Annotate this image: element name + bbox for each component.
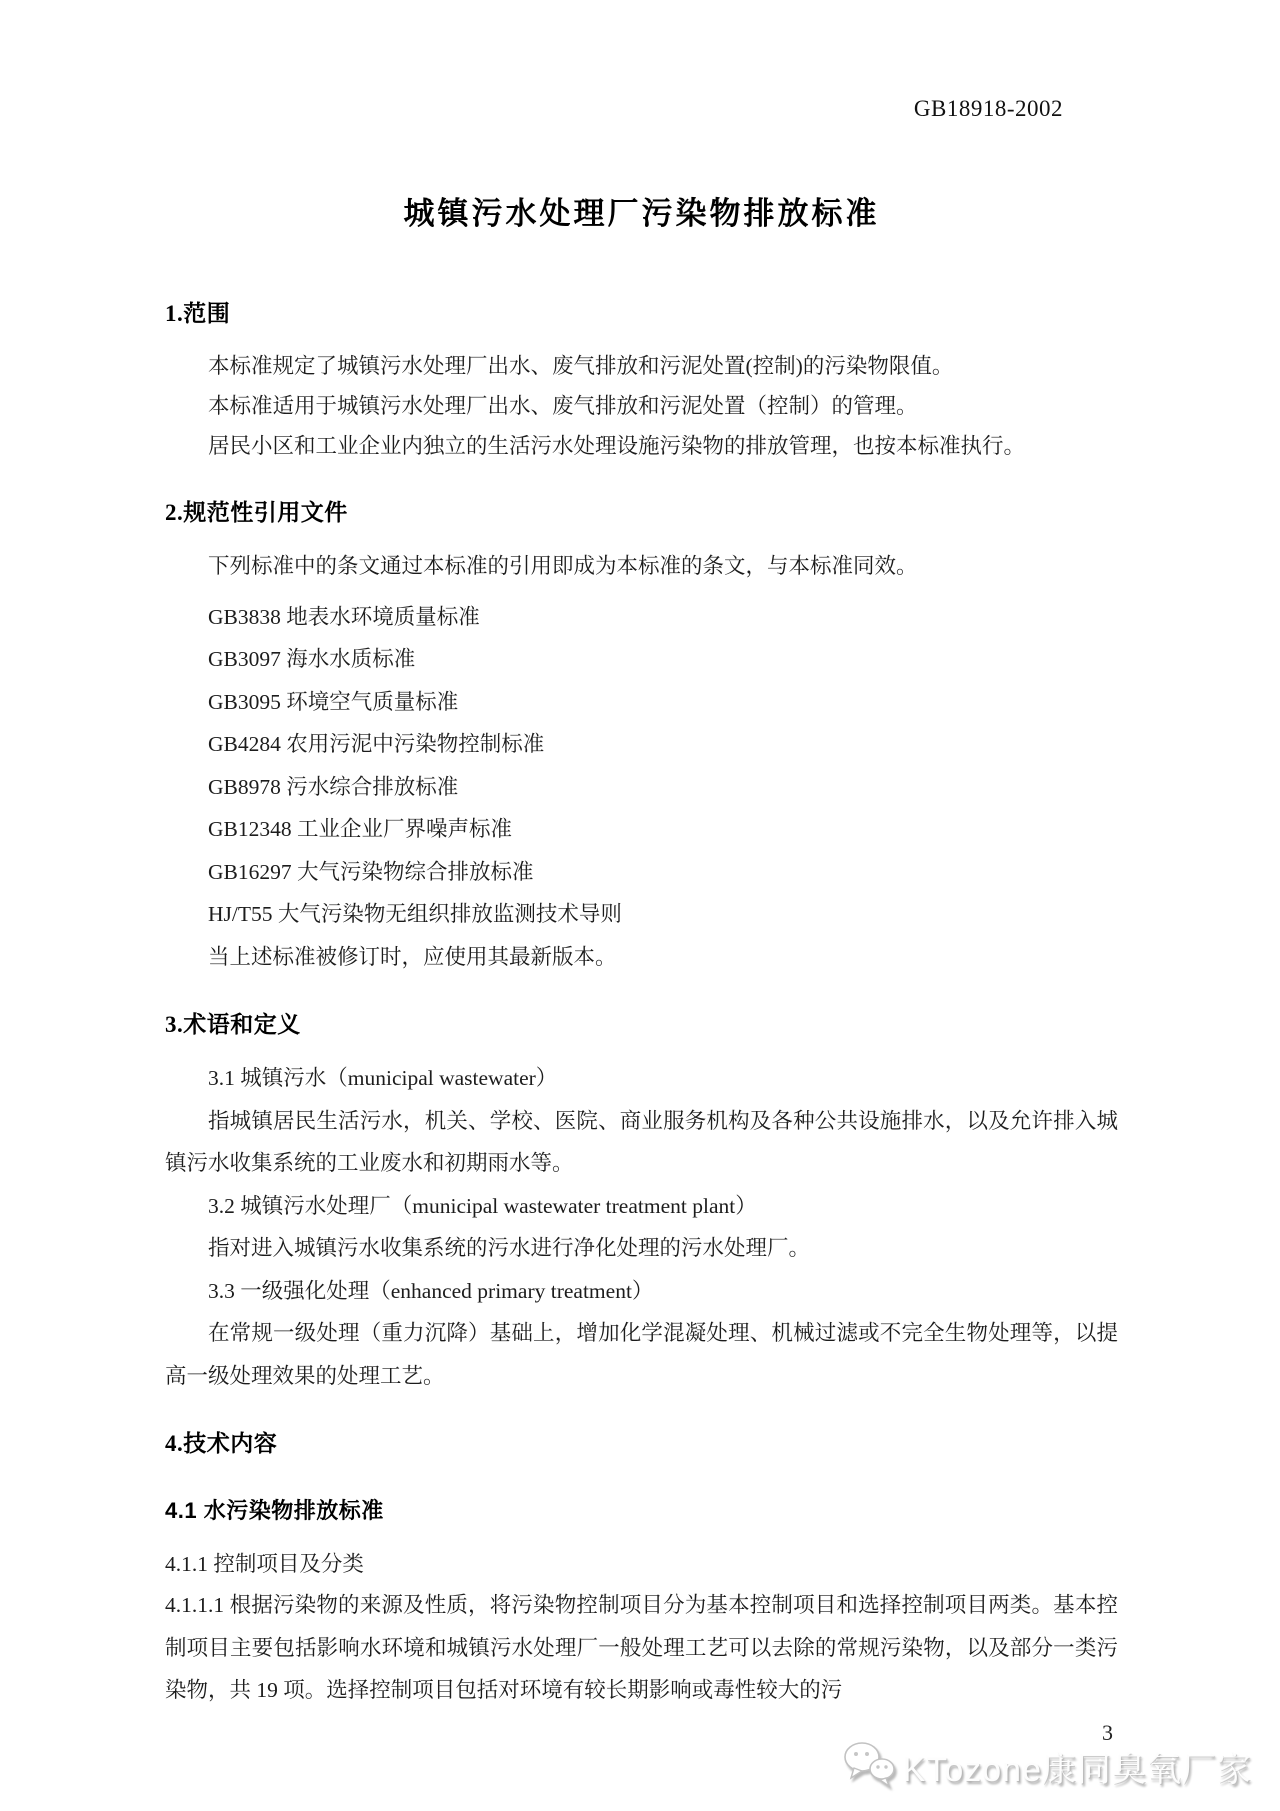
section-2-note: 当上述标准被修订时，应使用其最新版本。 (165, 936, 1118, 979)
term-3-2: 3.2 城镇污水处理厂（municipal wastewater treatme… (165, 1185, 1118, 1228)
term-3-3: 3.3 一级强化处理（enhanced primary treatment） (165, 1270, 1118, 1313)
section-4-1-heading: 4.1 水污染物排放标准 (165, 1494, 1118, 1525)
reference-item: GB3095 环境空气质量标准 (165, 681, 1118, 724)
section-1-paragraph: 本标准适用于城镇污水处理厂出水、废气排放和污泥处置（控制）的管理。 (165, 386, 1118, 426)
wechat-icon (841, 1740, 897, 1793)
reference-item: GB4284 农用污泥中污染物控制标准 (165, 723, 1118, 766)
section-4-heading: 4.技术内容 (165, 1425, 1118, 1458)
section-3-heading: 3.术语和定义 (165, 1006, 1118, 1039)
doc-number: GB18918-2002 (165, 96, 1118, 122)
reference-item: GB8978 污水综合排放标准 (165, 766, 1118, 809)
reference-item: GB12348 工业企业厂界噪声标准 (165, 808, 1118, 851)
definition-3-3: 在常规一级处理（重力沉降）基础上，增加化学混凝处理、机械过滤或不完全生物处理等，… (165, 1312, 1118, 1397)
reference-item: GB3097 海水水质标准 (165, 638, 1118, 681)
section-4-1-1-1-paragraph: 4.1.1.1 根据污染物的来源及性质，将污染物控制项目分为基本控制项目和选择控… (165, 1584, 1118, 1712)
reference-item: GB3838 地表水环境质量标准 (165, 596, 1118, 639)
section-1-heading: 1.范围 (165, 295, 1118, 328)
reference-item: HJ/T55 大气污染物无组织排放监测技术导则 (165, 893, 1118, 936)
definition-3-2: 指对进入城镇污水收集系统的污水进行净化处理的污水处理厂。 (165, 1227, 1118, 1270)
section-1-paragraph: 本标准规定了城镇污水处理厂出水、废气排放和污泥处置(控制)的污染物限值。 (165, 346, 1118, 386)
watermark: KTozone康同臭氧厂家 (841, 1740, 1252, 1793)
section-1-paragraph: 居民小区和工业企业内独立的生活污水处理设施污染物的排放管理，也按本标准执行。 (165, 426, 1118, 466)
section-2-heading: 2.规范性引用文件 (165, 494, 1118, 527)
page-title: 城镇污水处理厂污染物排放标准 (165, 188, 1118, 233)
term-3-1: 3.1 城镇污水（municipal wastewater） (165, 1057, 1118, 1100)
reference-item: GB16297 大气污染物综合排放标准 (165, 851, 1118, 894)
page-content: GB18918-2002 城镇污水处理厂污染物排放标准 1.范围 本标准规定了城… (0, 0, 1280, 1746)
section-4-1-1-heading: 4.1.1 控制项目及分类 (165, 1547, 1118, 1578)
definition-3-1: 指城镇居民生活污水，机关、学校、医院、商业服务机构及各种公共设施排水，以及允许排… (165, 1100, 1118, 1185)
section-2-intro: 下列标准中的条文通过本标准的引用即成为本标准的条文，与本标准同效。 (165, 545, 1118, 588)
reference-list: GB3838 地表水环境质量标准 GB3097 海水水质标准 GB3095 环境… (165, 596, 1118, 979)
document-page: GB18918-2002 城镇污水处理厂污染物排放标准 1.范围 本标准规定了城… (0, 0, 1280, 1811)
watermark-text: KTozone康同臭氧厂家 (903, 1742, 1252, 1791)
